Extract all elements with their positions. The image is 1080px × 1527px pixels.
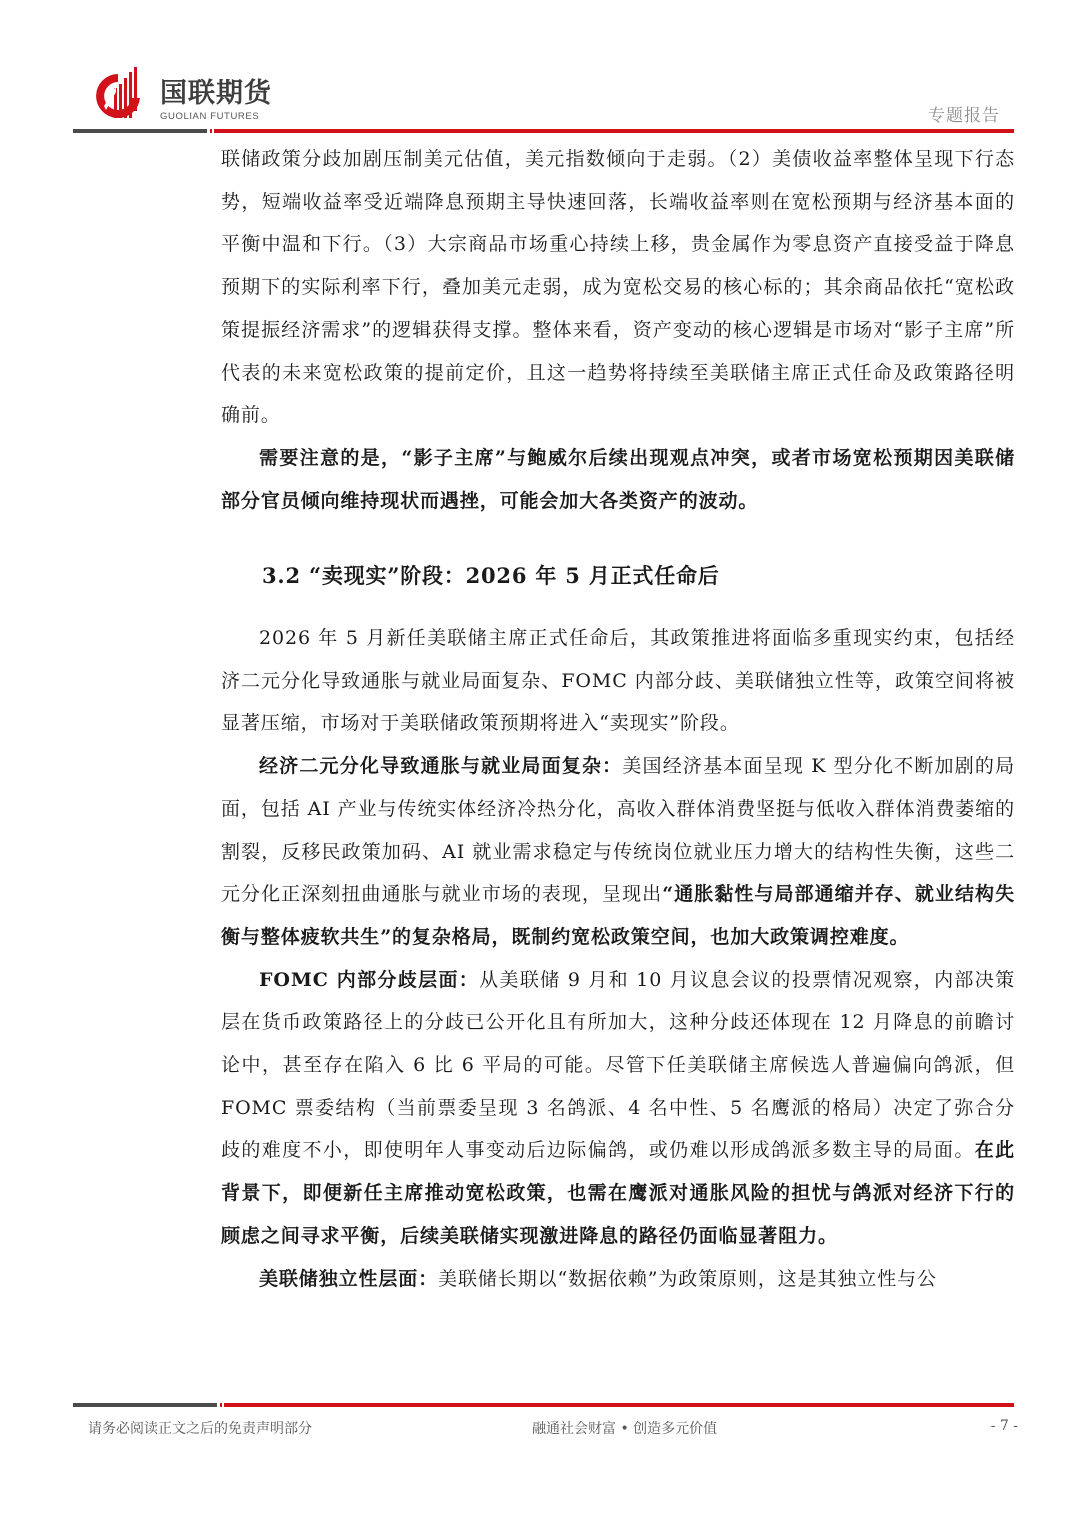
paragraph-lead: 经济二元分化导致通胀与就业局面复杂： [259, 755, 622, 777]
paragraph-fomc-divergence: FOMC 内部分歧层面：从美联储 9 月和 10 月议息会议的投票情况观察，内部… [221, 959, 1015, 1258]
company-name-cn: 国联期货 [160, 79, 272, 109]
page-number: - 7 - [991, 1418, 1018, 1434]
disclaimer-note: 请务必阅读正文之后的免责声明部分 [88, 1418, 312, 1438]
header-divider [73, 129, 1014, 133]
company-slogan: 融通社会财富 • 创造多元价值 [532, 1418, 717, 1438]
paragraph-lead: FOMC 内部分歧层面： [259, 969, 479, 991]
footer-divider [73, 1403, 1014, 1407]
paragraph-lead: 美联储独立性层面： [259, 1268, 438, 1290]
report-type-label: 专题报告 [928, 101, 1000, 126]
paragraph-fed-independence: 美联储独立性层面：美联储长期以“数据依赖”为政策原则，这是其独立性与公 [221, 1258, 1015, 1301]
paragraph-risk-note: 需要注意的是，“影子主席”与鲍威尔后续出现观点冲突，或者市场宽松预期因美联储部分… [221, 437, 1015, 522]
paragraph-asset-summary: 联储政策分歧加剧压制美元估值，美元指数倾向于走弱。（2）美债收益率整体呈现下行态… [221, 138, 1015, 437]
paragraph-section-intro: 2026 年 5 月新任美联储主席正式任命后，其政策推进将面临多重现实约束，包括… [221, 617, 1015, 745]
page-header: 国联期货 GUOLIAN FUTURES 专题报告 [0, 0, 1080, 140]
company-name-en: GUOLIAN FUTURES [160, 111, 259, 122]
report-body: 联储政策分歧加剧压制美元估值，美元指数倾向于走弱。（2）美债收益率整体呈现下行态… [221, 138, 1015, 522]
paragraph-economic-divergence: 经济二元分化导致通胀与就业局面复杂：美国经济基本面呈现 K 型分化不断加剧的局面… [221, 745, 1015, 959]
section-title-3-2: 3.2 “卖现实”阶段：2026 年 5 月正式任命后 [262, 560, 720, 590]
guolian-logo-icon [92, 66, 144, 122]
report-body-section-3-2: 2026 年 5 月新任美联储主席正式任命后，其政策推进将面临多重现实约束，包括… [221, 617, 1015, 1300]
risk-note-bold: 需要注意的是，“影子主席”与鲍威尔后续出现观点冲突，或者市场宽松预期因美联储部分… [221, 447, 1015, 512]
